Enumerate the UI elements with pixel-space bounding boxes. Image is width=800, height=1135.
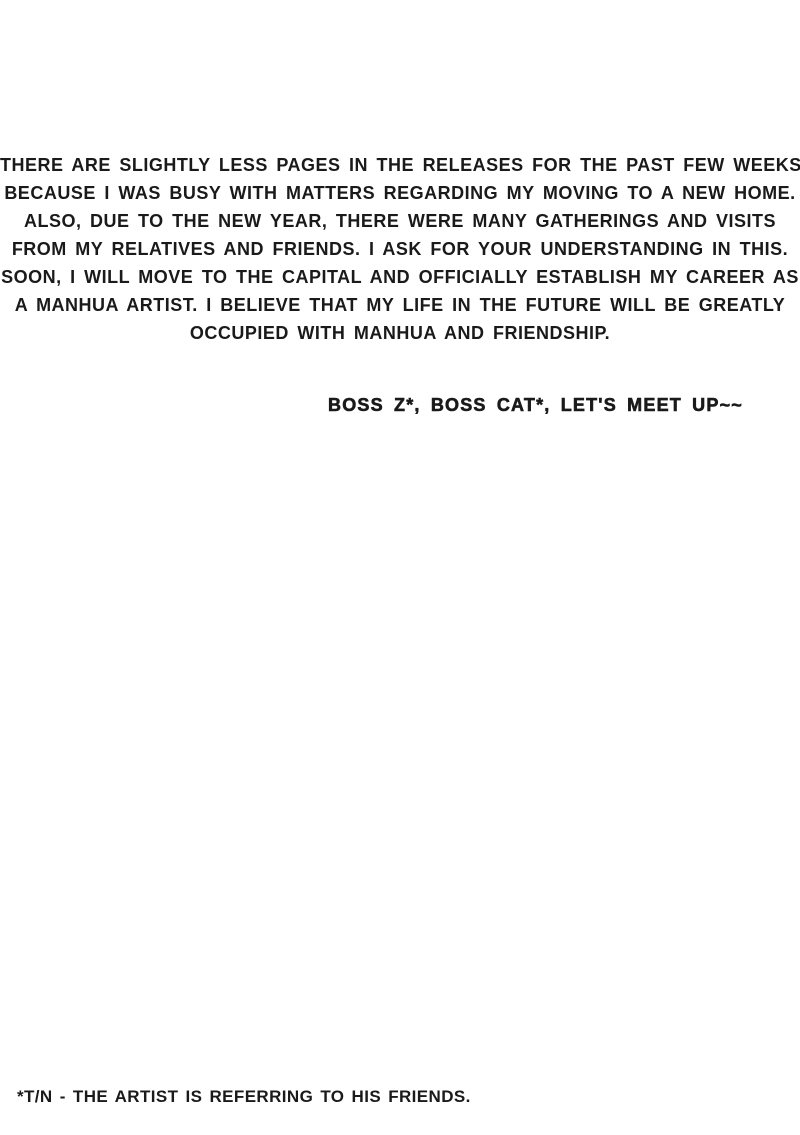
author-note-line: ALSO, DUE TO THE NEW YEAR, THERE WERE MA… — [0, 207, 800, 235]
author-note: THERE ARE SLIGHTLY LESS PAGES IN THE REL… — [0, 151, 800, 347]
translator-note: *T/N - THE ARTIST IS REFERRING TO HIS FR… — [17, 1086, 471, 1108]
author-note-line: FROM MY RELATIVES AND FRIENDS. I ASK FOR… — [0, 235, 800, 263]
author-note-line: A MANHUA ARTIST. I BELIEVE THAT MY LIFE … — [0, 291, 800, 319]
manga-author-note-page: THERE ARE SLIGHTLY LESS PAGES IN THE REL… — [0, 0, 800, 1135]
author-note-line: THERE ARE SLIGHTLY LESS PAGES IN THE REL… — [0, 151, 800, 179]
author-note-line: OCCUPIED WITH MANHUA AND FRIENDSHIP. — [0, 319, 800, 347]
author-note-line: BECAUSE I WAS BUSY WITH MATTERS REGARDIN… — [0, 179, 800, 207]
author-note-line: SOON, I WILL MOVE TO THE CAPITAL AND OFF… — [0, 263, 800, 291]
signoff-line: BOSS Z*, BOSS CAT*, LET'S MEET UP~~ — [328, 393, 743, 417]
